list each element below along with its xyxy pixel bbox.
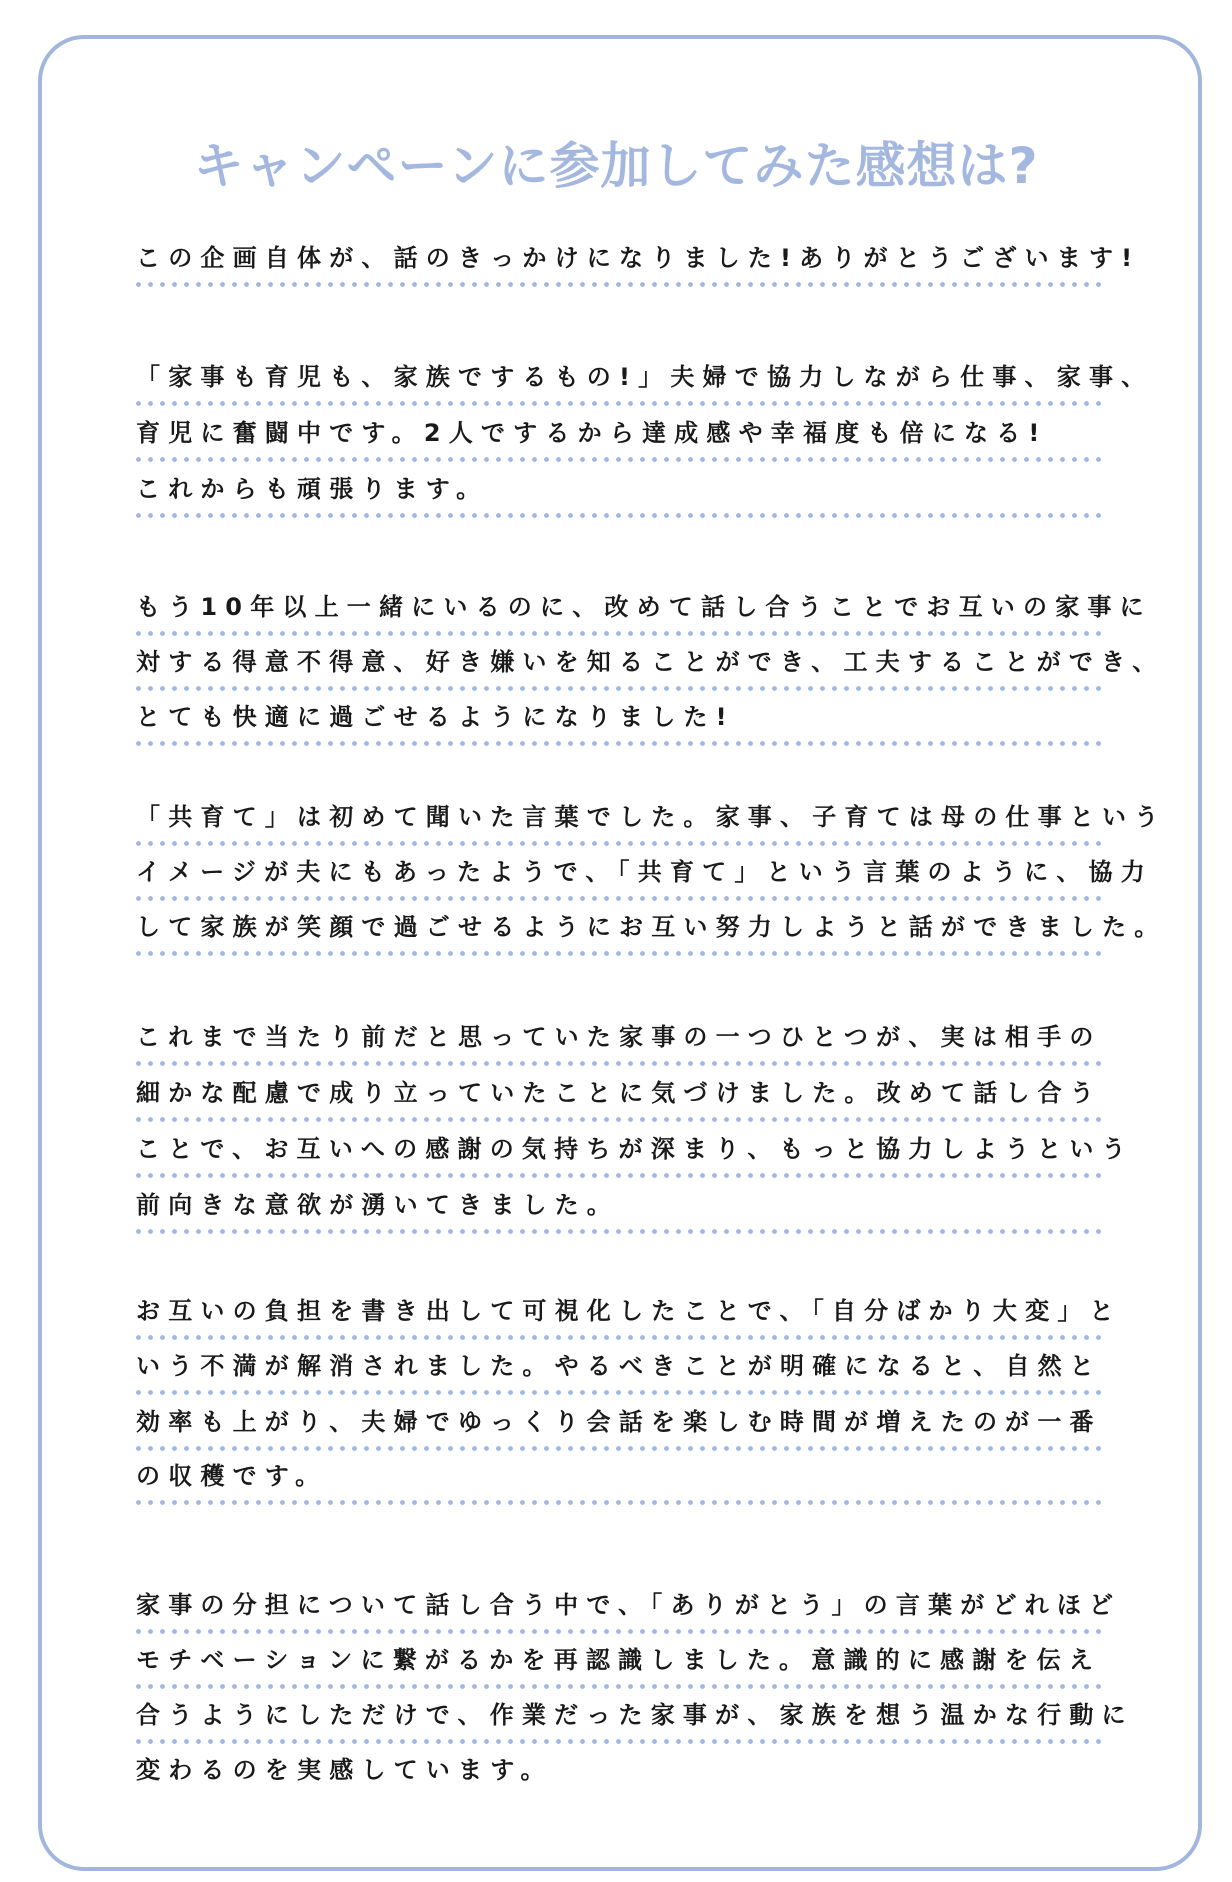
comment-5-line-3: ことで、お互いへの感謝の気持ちが深まり、もっと協力しようという bbox=[136, 1134, 1111, 1190]
comment-text: とても快適に過ごせるようになりました! bbox=[136, 702, 735, 732]
comment-text: もう10年以上一緒にいるのに、改めて話し合うことでお互いの家事に bbox=[136, 592, 1152, 622]
comment-text: モチベーションに繋がるかを再認識しました。意識的に感謝を伝え bbox=[136, 1645, 1101, 1675]
dotted-divider bbox=[136, 1629, 1108, 1634]
comment-6-line-3: 効率も上がり、夫婦でゆっくり会話を楽しむ時間が増えたのが一番 bbox=[136, 1407, 1111, 1463]
dotted-divider bbox=[136, 1684, 1108, 1689]
dotted-divider bbox=[136, 841, 1108, 846]
comment-text: 対する得意不得意、好き嫌いを知ることができ、工夫することができ、 bbox=[136, 647, 1164, 677]
comment-7-line-3: 合うようにしただけで、作業だった家事が、家族を想う温かな行動に bbox=[136, 1700, 1111, 1756]
comment-text: これからも頑張ります。 bbox=[136, 474, 488, 504]
dotted-divider bbox=[136, 1390, 1108, 1395]
dotted-divider bbox=[136, 401, 1108, 406]
comment-5-line-2: 細かな配慮で成り立っていたことに気づけました。改めて話し合う bbox=[136, 1078, 1111, 1134]
dotted-divider bbox=[136, 686, 1108, 691]
comment-text: 合うようにしただけで、作業だった家事が、家族を想う温かな行動に bbox=[136, 1700, 1134, 1730]
comment-text: 「共育て」は初めて聞いた言葉でした。家事、子育ては母の仕事という bbox=[136, 802, 1166, 832]
comment-5-line-1: これまで当たり前だと思っていた家事の一つひとつが、実は相手の bbox=[136, 1022, 1111, 1078]
comment-text: 前向きな意欲が湧いてきました。 bbox=[136, 1190, 619, 1220]
comment-text: 「家事も育児も、家族でするもの!」夫婦で協力しながら仕事、家事、 bbox=[136, 362, 1153, 392]
comment-6-line-4: の収穫です。 bbox=[136, 1461, 1111, 1517]
comment-7-line-2: モチベーションに繋がるかを再認識しました。意識的に感謝を伝え bbox=[136, 1645, 1111, 1701]
dotted-divider bbox=[136, 631, 1108, 636]
comment-4-line-2: イメージが夫にもあったようで、「共育て」という言葉のように、協力 bbox=[136, 857, 1111, 913]
dotted-divider bbox=[136, 513, 1108, 518]
comment-text: 変わるのを実感しています。 bbox=[136, 1755, 553, 1785]
dotted-divider bbox=[136, 282, 1108, 287]
comment-7-line-4: 変わるのを実感しています。 bbox=[136, 1755, 1111, 1811]
comment-2-line-2: 育児に奮闘中です。2人でするから達成感や幸福度も倍になる! bbox=[136, 418, 1111, 474]
comment-text: これまで当たり前だと思っていた家事の一つひとつが、実は相手の bbox=[136, 1022, 1102, 1052]
dotted-divider bbox=[136, 1229, 1108, 1234]
page-title: キャンペーンに参加してみた感想は? bbox=[0, 130, 1232, 202]
dotted-divider bbox=[136, 1061, 1108, 1066]
dotted-divider bbox=[136, 1173, 1108, 1178]
dotted-divider bbox=[136, 896, 1108, 901]
comment-3-line-1: もう10年以上一緒にいるのに、改めて話し合うことでお互いの家事に bbox=[136, 592, 1111, 648]
comment-1-line-1: この企画自体が、話のきっかけになりました!ありがとうございます! bbox=[136, 243, 1111, 299]
dotted-divider bbox=[136, 951, 1108, 956]
comment-3-line-3: とても快適に過ごせるようになりました! bbox=[136, 702, 1111, 758]
comment-text: 細かな配慮で成り立っていたことに気づけました。改めて話し合う bbox=[136, 1078, 1102, 1108]
comment-text: して家族が笑顔で過ごせるようにお互い努力しようと話ができました。 bbox=[136, 912, 1166, 942]
comment-6-line-2: いう不満が解消されました。やるべきことが明確になると、自然と bbox=[136, 1351, 1111, 1407]
comment-text: この企画自体が、話のきっかけになりました!ありがとうございます! bbox=[136, 243, 1140, 273]
comment-4-line-1: 「共育て」は初めて聞いた言葉でした。家事、子育ては母の仕事という bbox=[136, 802, 1111, 858]
comment-2-line-1: 「家事も育児も、家族でするもの!」夫婦で協力しながら仕事、家事、 bbox=[136, 362, 1111, 418]
comment-3-line-2: 対する得意不得意、好き嫌いを知ることができ、工夫することができ、 bbox=[136, 647, 1111, 703]
comment-text: 家事の分担について話し合う中で、「ありがとう」の言葉がどれほど bbox=[136, 1590, 1121, 1620]
comment-text: イメージが夫にもあったようで、「共育て」という言葉のように、協力 bbox=[136, 857, 1153, 887]
dotted-divider bbox=[136, 1739, 1108, 1744]
comment-5-line-4: 前向きな意欲が湧いてきました。 bbox=[136, 1190, 1111, 1246]
comment-text: 育児に奮闘中です。2人でするから達成感や幸福度も倍になる! bbox=[136, 418, 1048, 448]
comment-text: ことで、お互いへの感謝の気持ちが深まり、もっと協力しようという bbox=[136, 1134, 1134, 1164]
dotted-divider bbox=[136, 741, 1108, 746]
comment-4-line-3: して家族が笑顔で過ごせるようにお互い努力しようと話ができました。 bbox=[136, 912, 1111, 968]
comment-text: いう不満が解消されました。やるべきことが明確になると、自然と bbox=[136, 1351, 1102, 1381]
comment-2-line-3: これからも頑張ります。 bbox=[136, 474, 1111, 530]
comment-text: お互いの負担を書き出して可視化したことで、「自分ばかり大変」と bbox=[136, 1296, 1122, 1326]
dotted-divider bbox=[136, 1446, 1108, 1451]
dotted-divider bbox=[136, 1117, 1108, 1122]
comment-6-line-1: お互いの負担を書き出して可視化したことで、「自分ばかり大変」と bbox=[136, 1296, 1111, 1352]
comment-text: 効率も上がり、夫婦でゆっくり会話を楽しむ時間が増えたのが一番 bbox=[136, 1407, 1102, 1437]
dotted-divider bbox=[136, 1500, 1108, 1505]
dotted-divider bbox=[136, 457, 1108, 462]
dotted-divider bbox=[136, 1335, 1108, 1340]
comment-text: の収穫です。 bbox=[136, 1461, 327, 1491]
comment-7-line-1: 家事の分担について話し合う中で、「ありがとう」の言葉がどれほど bbox=[136, 1590, 1111, 1646]
